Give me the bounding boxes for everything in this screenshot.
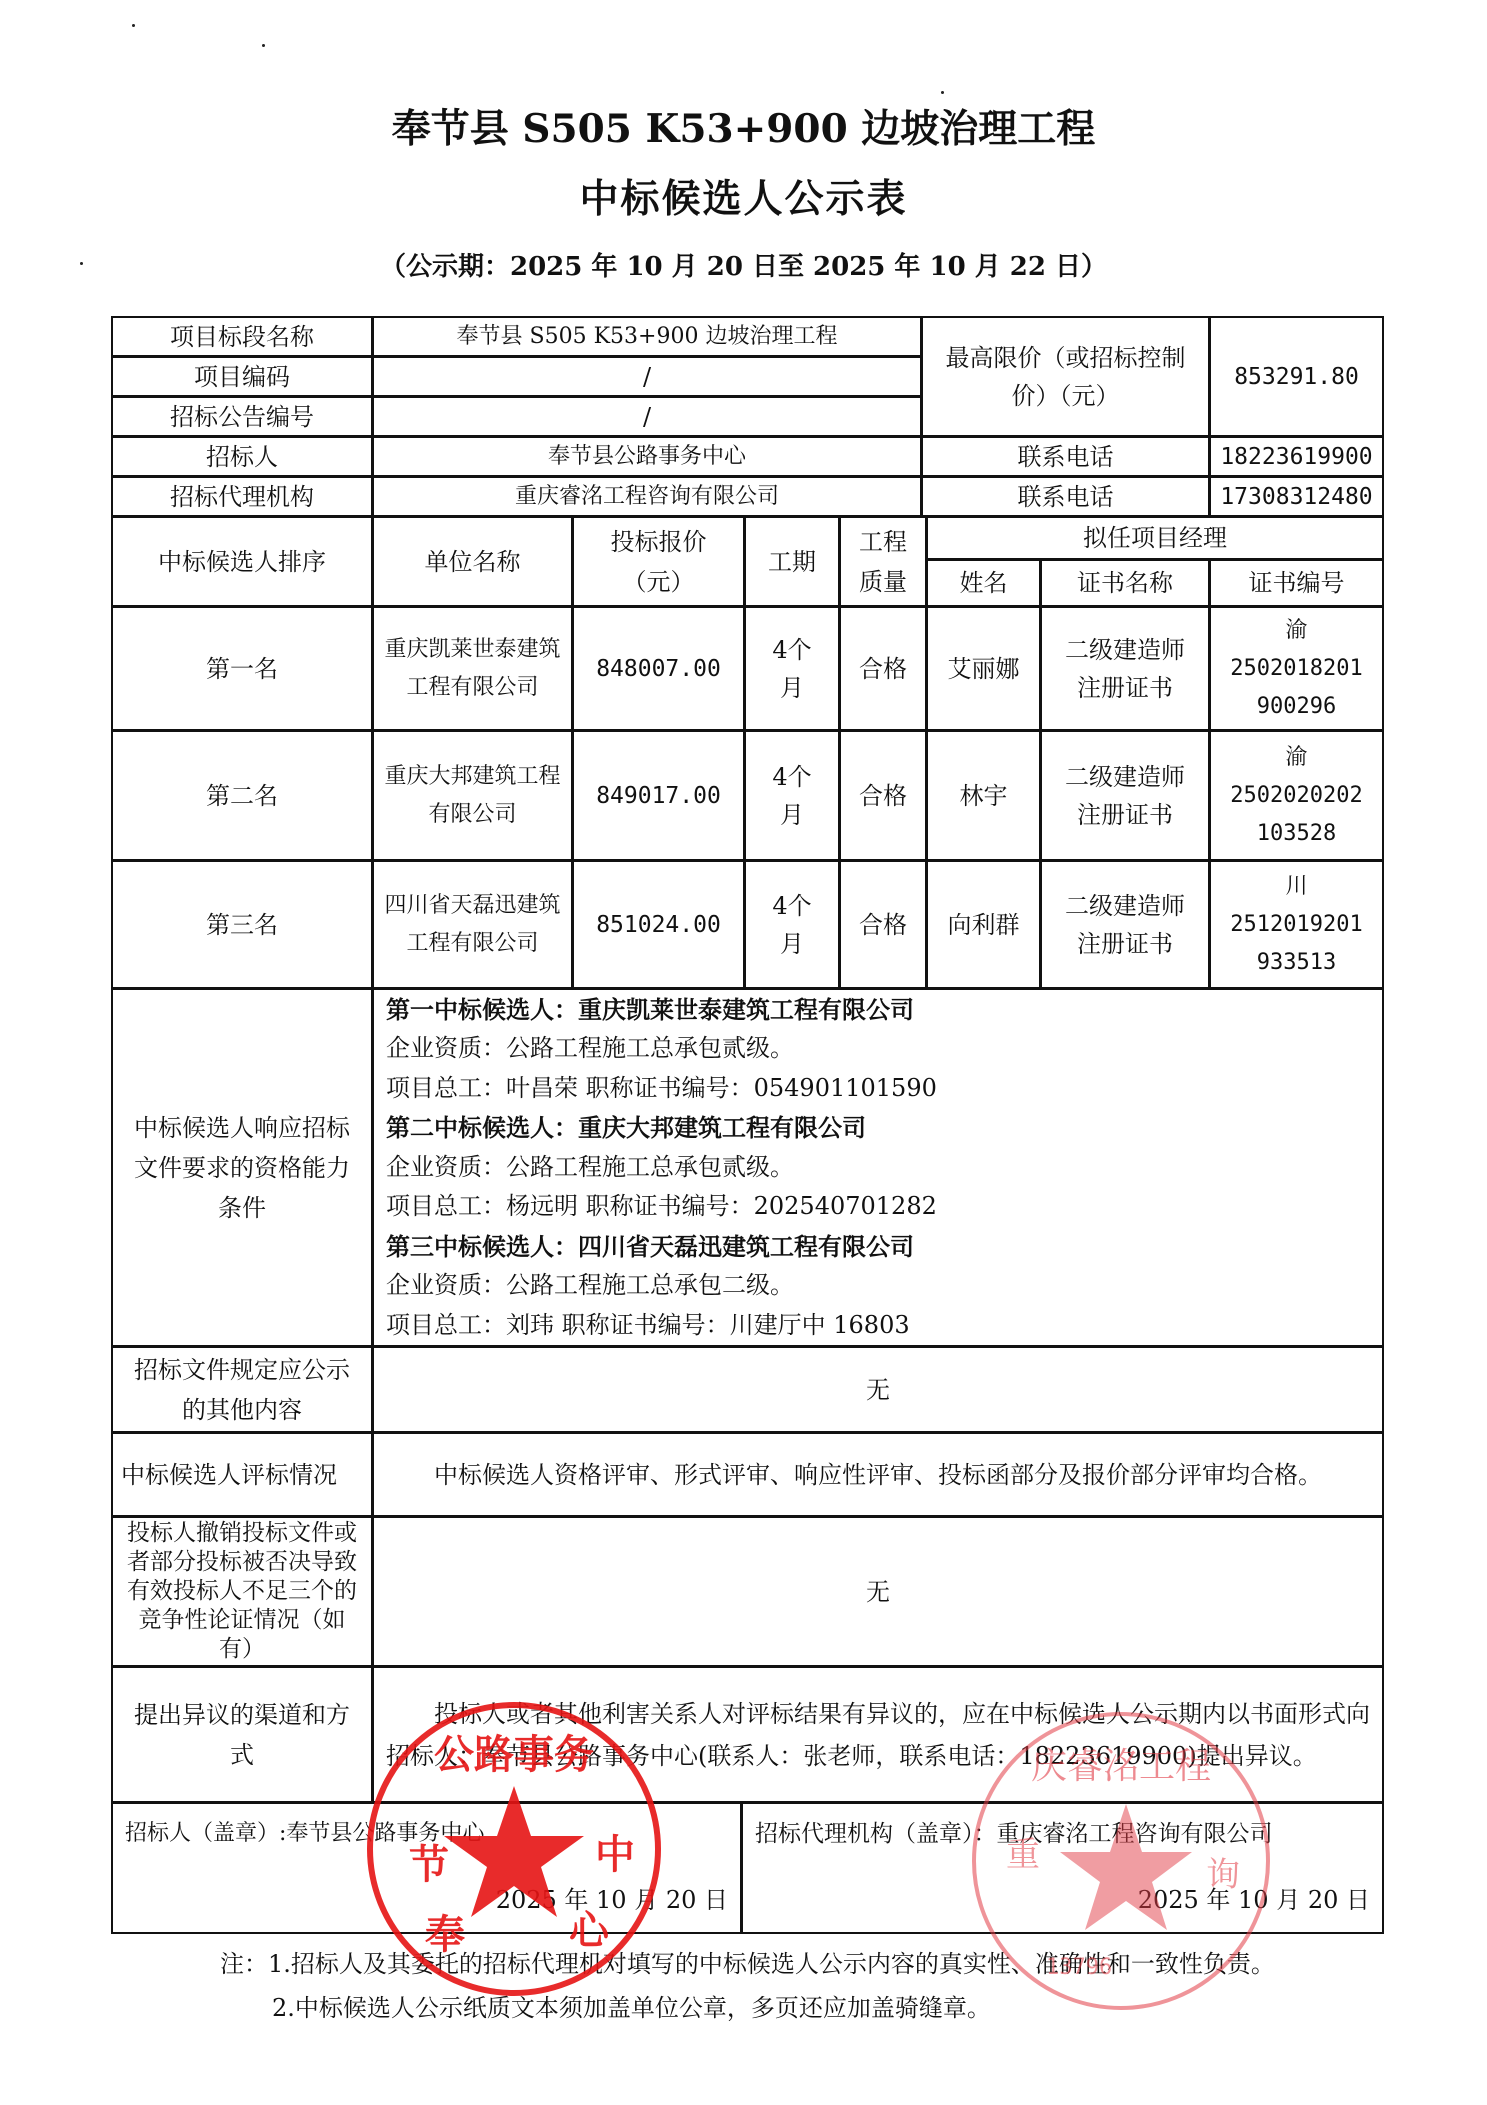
footnote-1: 注：1.招标人及其委托的招标代理机对填写的中标候选人公示内容的真实性、准确性和一… [220,1942,1340,1986]
agency-signature: 招标代理机构（盖章）：重庆睿洺工程咨询有限公司 2025 年 10 月 20 日 [741,1802,1384,1934]
tenderer-value: 奉节县公路事务中心 [372,436,922,477]
row3-quality: 合格 [839,860,927,989]
project-code-value: / [372,356,922,397]
scan-speck [262,44,265,47]
row3-duration: 4个月 [744,860,840,989]
footnotes: 注：1.招标人及其委托的招标代理机对填写的中标候选人公示内容的真实性、准确性和一… [220,1942,1340,2030]
qual-line-6: 项目总工：杨远明 职称证书编号：202540701282 [386,1187,937,1227]
row2-price: 849017.00 [572,730,745,861]
objection-label: 提出异议的渠道和方式 [111,1666,373,1803]
header-manager-group: 拟任项目经理 [926,516,1384,560]
header-company: 单位名称 [372,516,573,607]
row3-company: 四川省天磊迅建筑工程有限公司 [372,860,573,989]
tenderer-phone-label: 联系电话 [921,436,1210,477]
project-name-value: 奉节县 S505 K53+900 边坡治理工程 [372,316,922,357]
agency-value: 重庆睿洺工程咨询有限公司 [372,476,922,517]
project-code-label: 项目编码 [111,356,373,397]
row1-rank: 第一名 [111,606,373,731]
qualification-content: 第一中标候选人：重庆凯莱世泰建筑工程有限公司 企业资质：公路工程施工总承包贰级。… [372,988,1384,1347]
evaluation-value: 中标候选人资格评审、形式评审、响应性评审、投标函部分及报价部分评审均合格。 [372,1432,1384,1517]
max-price-value: 853291.80 [1209,316,1384,437]
evaluation-label: 中标候选人评标情况 [111,1432,373,1517]
other-content-value: 无 [372,1346,1384,1433]
row2-cert-name: 二级建造师注册证书 [1040,730,1210,861]
withdrawal-label: 投标人撤销投标文件或者部分投标被否决导致有效投标人不足三个的竞争性论证情况（如有… [111,1516,373,1667]
tenderer-signature: 招标人（盖章）:奉节县公路事务中心 2025 年 10 月 20 日 [111,1802,742,1934]
tenderer-signature-date: 2025 年 10 月 20 日 [496,1880,728,1920]
notice-number-label: 招标公告编号 [111,396,373,437]
header-price: 投标报价（元） [572,516,745,607]
row1-company: 重庆凯莱世泰建筑工程有限公司 [372,606,573,731]
row1-cert-no: 渝 2502018201 900296 [1209,606,1384,731]
header-duration: 工期 [744,516,840,607]
header-cert-no: 证书编号 [1209,559,1384,607]
row1-quality: 合格 [839,606,927,731]
scan-speck [941,91,944,94]
row3-manager: 向利群 [926,860,1041,989]
qual-line-9: 项目总工：刘玮 职称证书编号：川建厅中 16803 [386,1306,910,1346]
qual-line-4: 第二中标候选人：重庆大邦建筑工程有限公司 [386,1108,866,1148]
other-content-label: 招标文件规定应公示的其他内容 [111,1346,373,1433]
objection-value: 投标人或者其他利害关系人对评标结果有异议的，应在中标候选人公示期内以书面形式向招… [372,1666,1384,1803]
agency-phone-label: 联系电话 [921,476,1210,517]
footnote-2: 2.中标候选人公示纸质文本须加盖单位公章，多页还应加盖骑缝章。 [220,1986,1340,2030]
row3-cert-no: 川 2512019201 933513 [1209,860,1384,989]
agency-signature-date: 2025 年 10 月 20 日 [1138,1880,1370,1920]
row2-company: 重庆大邦建筑工程有限公司 [372,730,573,861]
row1-price: 848007.00 [572,606,745,731]
document-subtitle: 中标候选人公示表 [0,168,1487,224]
header-rank: 中标候选人排序 [111,516,373,607]
row3-price: 851024.00 [572,860,745,989]
project-name-label: 项目标段名称 [111,316,373,357]
withdrawal-value: 无 [372,1516,1384,1667]
agency-label: 招标代理机构 [111,476,373,517]
header-manager-name: 姓名 [926,559,1041,607]
tenderer-label: 招标人 [111,436,373,477]
agency-phone-value: 17308312480 [1209,476,1384,517]
row3-cert-name: 二级建造师注册证书 [1040,860,1210,989]
row2-cert-no: 渝 2502020202 103528 [1209,730,1384,861]
row2-manager: 林宇 [926,730,1041,861]
header-cert-name: 证书名称 [1040,559,1210,607]
row2-rank: 第二名 [111,730,373,861]
max-price-label: 最高限价（或招标控制价）（元） [921,316,1210,437]
tenderer-phone-value: 18223619900 [1209,436,1384,477]
qual-line-5: 企业资质：公路工程施工总承包贰级。 [386,1148,794,1188]
qual-line-1: 第一中标候选人：重庆凯莱世泰建筑工程有限公司 [386,990,914,1030]
header-quality: 工程质量 [839,516,927,607]
row1-cert-name: 二级建造师注册证书 [1040,606,1210,731]
scan-speck [132,24,135,27]
qual-line-2: 企业资质：公路工程施工总承包贰级。 [386,1029,794,1069]
qualification-label: 中标候选人响应招标文件要求的资格能力条件 [111,988,373,1347]
row2-duration: 4个月 [744,730,840,861]
row3-rank: 第三名 [111,860,373,989]
qual-line-3: 项目总工：叶昌荣 职称证书编号：054901101590 [386,1069,937,1109]
qual-line-7: 第三中标候选人：四川省天磊迅建筑工程有限公司 [386,1227,914,1267]
row1-duration: 4个月 [744,606,840,731]
notice-number-value: / [372,396,922,437]
qual-line-8: 企业资质：公路工程施工总承包二级。 [386,1266,794,1306]
publicity-period: （公示期：2025 年 10 月 20 日至 2025 年 10 月 22 日） [0,246,1487,283]
document-title: 奉节县 S505 K53+900 边坡治理工程 [0,98,1487,154]
row1-manager: 艾丽娜 [926,606,1041,731]
row2-quality: 合格 [839,730,927,861]
